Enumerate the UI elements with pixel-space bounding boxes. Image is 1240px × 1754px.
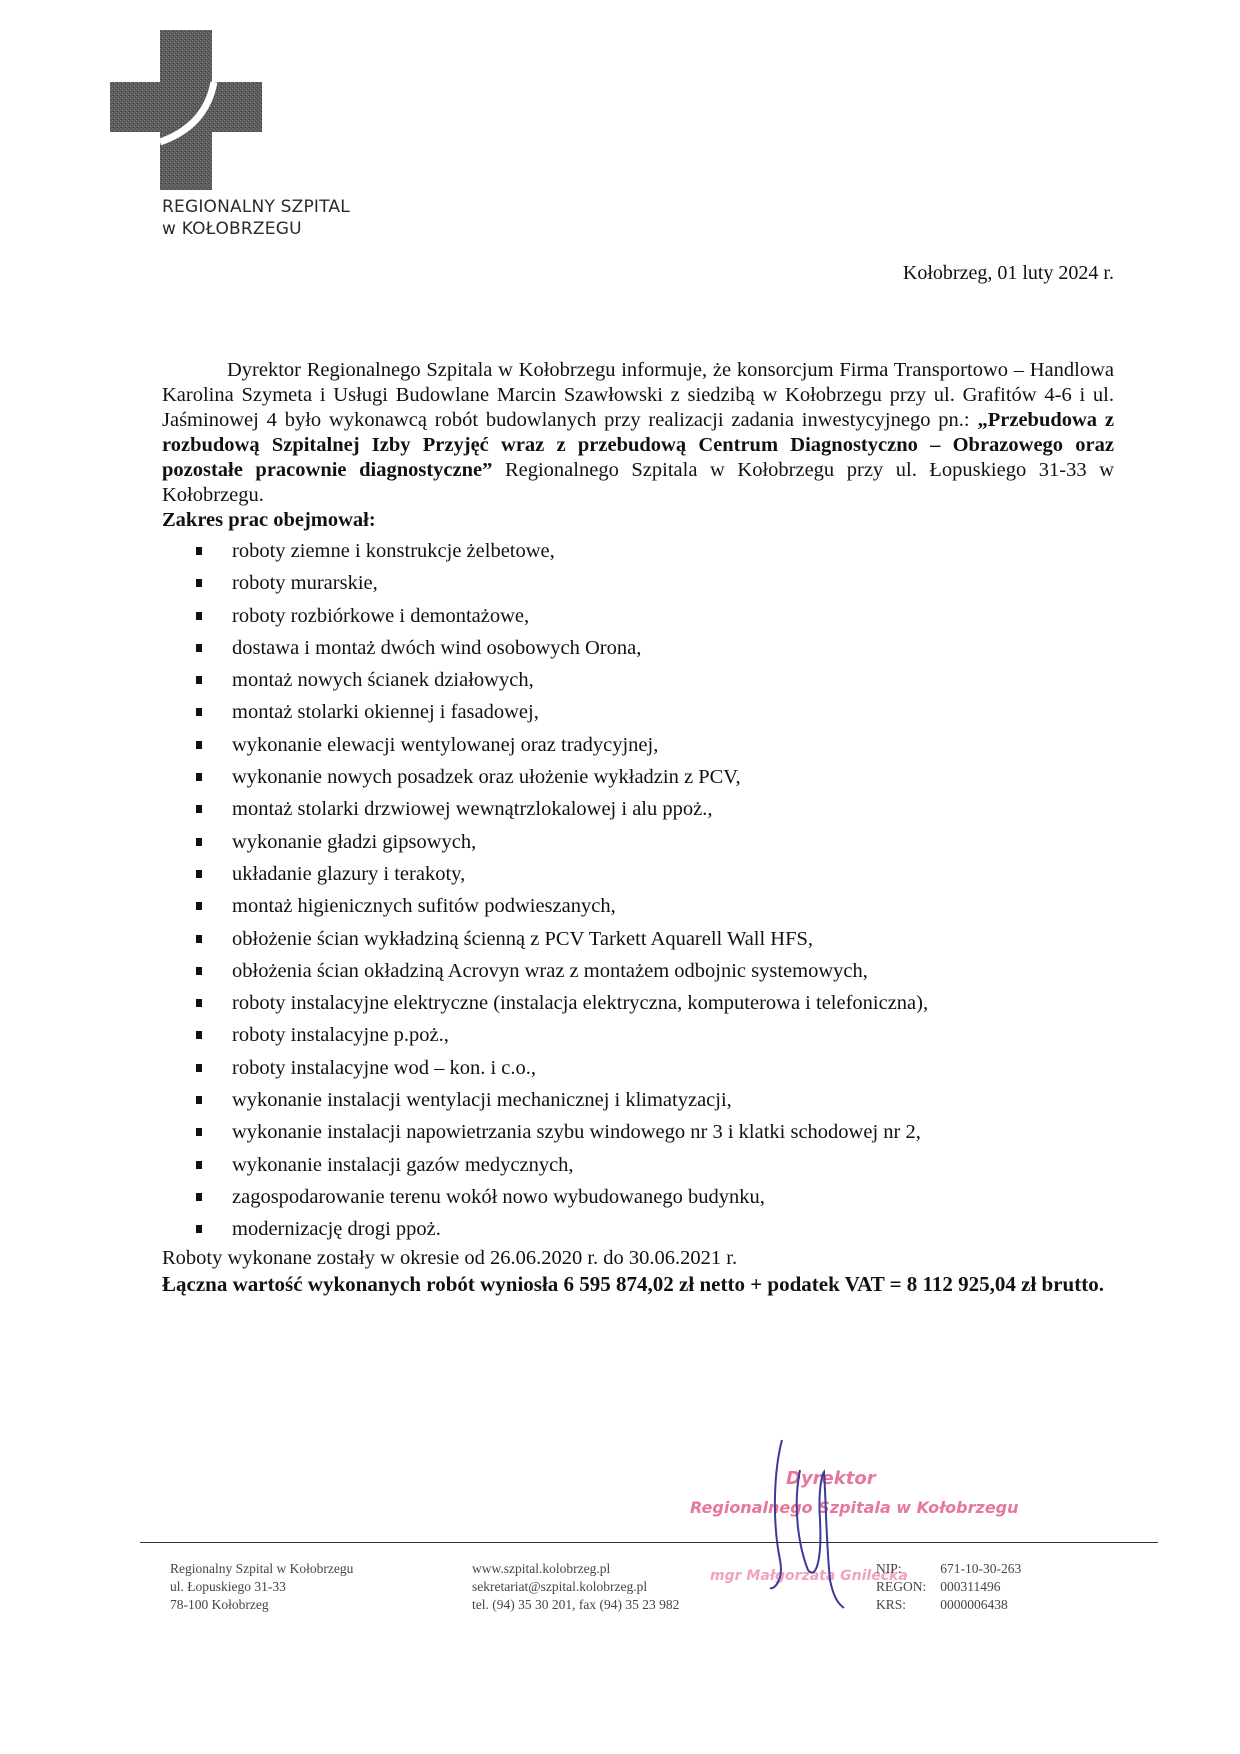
square-bullet-icon xyxy=(196,741,202,749)
scope-item: roboty murarskie, xyxy=(196,567,1114,599)
organization-name: REGIONALNY SZPITAL w KOŁOBRZEGU xyxy=(162,196,350,240)
square-bullet-icon xyxy=(196,773,202,781)
scope-item: roboty instalacyjne wod – kon. i c.o., xyxy=(196,1052,1114,1084)
scope-item: modernizację drogi ppoż. xyxy=(196,1213,1114,1245)
hospital-cross-icon xyxy=(110,30,280,190)
scope-item: wykonanie instalacji napowietrzania szyb… xyxy=(196,1116,1114,1148)
scope-item: roboty rozbiórkowe i demontażowe, xyxy=(196,600,1114,632)
square-bullet-icon xyxy=(196,838,202,846)
scope-item: montaż higienicznych sufitów podwieszany… xyxy=(196,890,1114,922)
email-link[interactable]: sekretariat@szpital.kolobrzeg.pl xyxy=(472,1578,679,1596)
square-bullet-icon xyxy=(196,805,202,813)
scope-item: dostawa i montaż dwóch wind osobowych Or… xyxy=(196,632,1114,664)
square-bullet-icon xyxy=(196,547,202,555)
scope-list: roboty ziemne i konstrukcje żelbetowe,ro… xyxy=(162,535,1114,1246)
scope-item: wykonanie gładzi gipsowych, xyxy=(196,826,1114,858)
square-bullet-icon xyxy=(196,1161,202,1169)
work-period: Roboty wykonane zostały w okresie od 26.… xyxy=(162,1246,1114,1271)
scope-item: obłożenie ścian wykładziną ścienną z PCV… xyxy=(196,923,1114,955)
square-bullet-icon xyxy=(196,579,202,587)
square-bullet-icon xyxy=(196,676,202,684)
website-link[interactable]: www.szpital.kolobrzeg.pl xyxy=(472,1560,679,1578)
scope-item: wykonanie instalacji wentylacji mechanic… xyxy=(196,1084,1114,1116)
scope-item: roboty instalacyjne elektryczne (instala… xyxy=(196,987,1114,1019)
square-bullet-icon xyxy=(196,708,202,716)
square-bullet-icon xyxy=(196,870,202,878)
square-bullet-icon xyxy=(196,612,202,620)
footer-address: Regionalny Szpital w Kołobrzegu ul. Łopu… xyxy=(170,1560,353,1614)
footer-registry: NIP:671-10-30-263 REGON:000311496 KRS:00… xyxy=(876,1560,1035,1614)
scope-item: obłożenia ścian okładziną Acrovyn wraz z… xyxy=(196,955,1114,987)
letter-body: Dyrektor Regionalnego Szpitala w Kołobrz… xyxy=(162,358,1114,1298)
square-bullet-icon xyxy=(196,644,202,652)
intro-paragraph: Dyrektor Regionalnego Szpitala w Kołobrz… xyxy=(162,358,1114,508)
scope-item: wykonanie elewacji wentylowanej oraz tra… xyxy=(196,729,1114,761)
phone-fax: tel. (94) 35 30 201, fax (94) 35 23 982 xyxy=(472,1596,679,1614)
footer-divider xyxy=(140,1542,1158,1543)
scope-title: Zakres prac obejmował: xyxy=(162,508,1114,533)
square-bullet-icon xyxy=(196,1225,202,1233)
square-bullet-icon xyxy=(196,967,202,975)
scope-item: wykonanie nowych posadzek oraz ułożenie … xyxy=(196,761,1114,793)
scope-item: roboty ziemne i konstrukcje żelbetowe, xyxy=(196,535,1114,567)
footer-contact: www.szpital.kolobrzeg.pl sekretariat@szp… xyxy=(472,1560,679,1614)
org-name-line-2: w KOŁOBRZEGU xyxy=(162,218,350,240)
scope-item: montaż nowych ścianek działowych, xyxy=(196,664,1114,696)
square-bullet-icon xyxy=(196,1096,202,1104)
scope-item: zagospodarowanie terenu wokół nowo wybud… xyxy=(196,1181,1114,1213)
scope-item: roboty instalacyjne p.poż., xyxy=(196,1019,1114,1051)
square-bullet-icon xyxy=(196,1031,202,1039)
document-date: Kołobrzeg, 01 luty 2024 r. xyxy=(903,262,1114,285)
scope-item: układanie glazury i terakoty, xyxy=(196,858,1114,890)
org-name-line-1: REGIONALNY SZPITAL xyxy=(162,196,350,218)
square-bullet-icon xyxy=(196,1128,202,1136)
signature xyxy=(760,1430,870,1610)
scope-item: montaż stolarki drzwiowej wewnątrzlokalo… xyxy=(196,793,1114,825)
total-value: Łączna wartość wykonanych robót wyniosła… xyxy=(162,1271,1114,1298)
square-bullet-icon xyxy=(196,902,202,910)
square-bullet-icon xyxy=(196,1193,202,1201)
square-bullet-icon xyxy=(196,1064,202,1072)
scope-item: montaż stolarki okiennej i fasadowej, xyxy=(196,696,1114,728)
scope-item: wykonanie instalacji gazów medycznych, xyxy=(196,1149,1114,1181)
square-bullet-icon xyxy=(196,999,202,1007)
square-bullet-icon xyxy=(196,935,202,943)
